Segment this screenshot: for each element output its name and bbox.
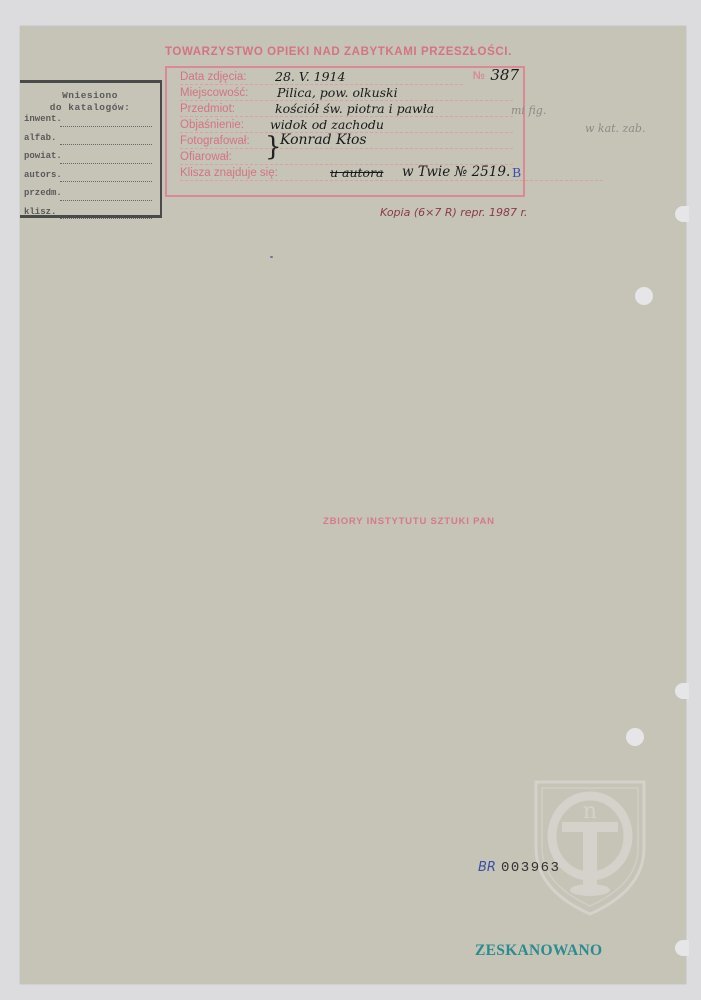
punch-hole-top (635, 287, 653, 305)
field-value: 28. V. 1914 (275, 69, 345, 84)
edge-notch (675, 206, 689, 222)
field-value: Pilica, pow. olkuski (277, 85, 398, 100)
number-label: № (473, 70, 485, 82)
scanned-stamp: ZESKANOWANO (475, 942, 602, 960)
dotted-line (60, 218, 152, 219)
edge-notch (675, 940, 689, 956)
field-row-photographer: Fotografował: Konrad Kłos (180, 132, 513, 149)
field-value: widok od zachodu (270, 117, 384, 132)
punch-hole-bottom (626, 728, 644, 746)
photo-record-stamp: № 387 Data zdjęcia: 28. V. 1914 Miejscow… (165, 66, 525, 197)
field-label: Przedmiot: (180, 103, 235, 115)
catalog-row-label: alfab. (24, 133, 56, 143)
field-value: Konrad Kłos (280, 132, 367, 148)
field-label: Objaśnienie: (180, 119, 244, 131)
field-value-struck: u autora (330, 165, 384, 180)
catalog-row-label: przedm. (24, 188, 62, 198)
dotted-line (60, 163, 152, 164)
field-value: w Twie № 2519. (402, 164, 510, 180)
field-row-negative-location: Klisza znajduje się: u autora w Twie № 2… (180, 164, 603, 181)
inventory-number: 003963 (501, 860, 560, 876)
catalog-row-label: klisz. (24, 207, 56, 217)
field-label: Miejscowość: (180, 87, 248, 99)
field-label: Klisza znajduje się: (180, 167, 278, 179)
pencil-note-line2: w kat. zab. (585, 122, 645, 135)
field-suffix: B (512, 165, 521, 180)
catalog-row: autors. (20, 170, 160, 189)
dotted-line (60, 144, 152, 145)
field-row-location: Miejscowość: Pilica, pow. olkuski (180, 84, 513, 101)
catalog-row: klisz. (20, 207, 160, 226)
svg-text:n: n (583, 799, 597, 824)
catalog-row: inwent. (20, 114, 160, 133)
record-number: 387 (490, 66, 519, 84)
edge-notch (675, 683, 689, 699)
dotted-line (60, 181, 152, 182)
field-row-description: Objaśnienie: widok od zachodu (180, 116, 513, 133)
organization-title: TOWARZYSTWO OPIEKI NAD ZABYTKAMI PRZESZŁ… (165, 46, 512, 58)
collection-stamp: ZBIORY INSTYTUTU SZTUKI PAN (323, 516, 495, 527)
catalog-row: alfab. (20, 133, 160, 152)
br-handwritten-label: BR (478, 860, 496, 875)
field-label: Fotografował: (180, 135, 250, 147)
field-label: Ofiarował: (180, 151, 232, 163)
field-row-subject: Przedmiot: kościół św. piotra i pawła (180, 100, 513, 117)
catalog-row-label: inwent. (24, 114, 62, 124)
catalog-row-label: powiat. (24, 151, 62, 161)
pencil-note-line1: mi fig. (511, 104, 546, 117)
catalog-heading-line2: do katalogów: (20, 102, 160, 114)
catalog-row: powiat. (20, 151, 160, 170)
document-sheet: Wniesiono do katalogów: inwent. alfab. p… (20, 26, 686, 984)
emblem-watermark-icon: n (532, 778, 648, 918)
copy-note: Kopia (6×7 R) repr. 1987 r. (380, 206, 528, 219)
field-label: Data zdjęcia: (180, 71, 246, 83)
catalog-heading: Wniesiono do katalogów: (20, 90, 160, 114)
field-value: kościół św. piotra i pawła (275, 101, 434, 116)
dotted-line (60, 200, 152, 201)
catalog-heading-line1: Wniesiono (20, 90, 160, 102)
field-row-date: Data zdjęcia: 28. V. 1914 (180, 68, 463, 85)
catalog-row: przedm. (20, 188, 160, 207)
dotted-line (60, 126, 152, 127)
ink-speck (270, 256, 273, 258)
catalog-row-label: autors. (24, 170, 62, 180)
catalog-stamp: Wniesiono do katalogów: inwent. alfab. p… (20, 80, 162, 218)
field-row-donor: Ofiarował: (180, 148, 513, 165)
